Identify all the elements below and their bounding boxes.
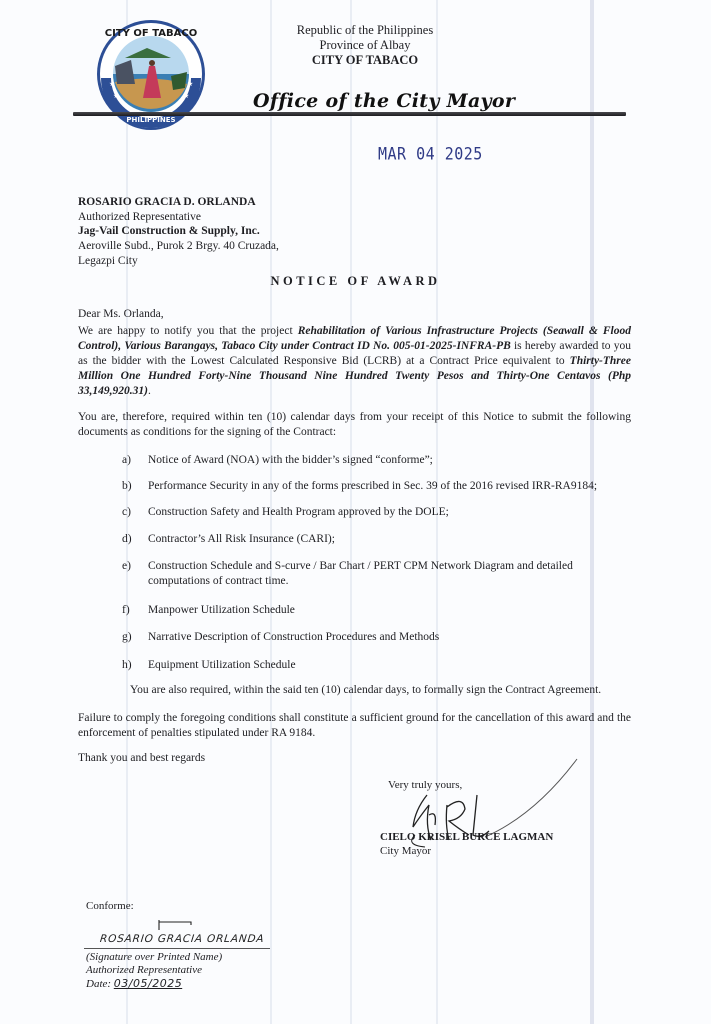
requirement-text: Narrative Description of Construction Pr… <box>148 630 622 645</box>
requirement-item: h)Equipment Utilization Schedule <box>122 658 622 673</box>
salutation: Dear Ms. Orlanda, <box>78 307 631 322</box>
date-value: 03/05/2025 <box>114 977 182 990</box>
recipient-address-line2: Legazpi City <box>78 254 138 269</box>
requirement-item: a)Notice of Award (NOA) with the bidder’… <box>122 453 622 468</box>
requirement-text: Contractor’s All Risk Insurance (CARI); <box>148 532 622 547</box>
award-paragraph: We are happy to notify you that the proj… <box>78 324 631 399</box>
signature-caption: (Signature over Printed Name) <box>86 951 222 964</box>
conforme-label: Conforme: <box>86 900 134 912</box>
svg-text:★: ★ <box>113 92 119 100</box>
requirement-text: Construction Safety and Health Program a… <box>148 505 622 520</box>
svg-text:★: ★ <box>187 80 193 88</box>
sign-contract-note: You are also required, within the said t… <box>130 683 650 698</box>
requirement-label: d) <box>122 532 148 547</box>
requirement-label: e) <box>122 559 148 589</box>
svg-text:★: ★ <box>183 92 189 100</box>
award-intro: We are happy to notify you that the proj… <box>78 325 298 337</box>
requirement-text: Manpower Utilization Schedule <box>148 603 622 618</box>
requirement-label: g) <box>122 630 148 645</box>
requirement-label: f) <box>122 603 148 618</box>
requirement-label: c) <box>122 505 148 520</box>
date-received-stamp: MAR 04 2025 <box>378 144 483 165</box>
requirement-item: g)Narrative Description of Construction … <box>122 630 622 645</box>
conforme-date: Date: 03/05/2025 <box>86 977 182 991</box>
office-title: Office of the City Mayor <box>253 90 515 112</box>
requirement-label: h) <box>122 658 148 673</box>
requirement-item: c)Construction Safety and Health Program… <box>122 505 622 520</box>
requirement-item: d)Contractor’s All Risk Insurance (CARI)… <box>122 532 622 547</box>
mayor-title: City Mayor <box>380 845 431 857</box>
mayor-name: CIELO KRISEL BURCE LAGMAN <box>380 831 553 843</box>
requirement-item: e)Construction Schedule and S-curve / Ba… <box>122 559 622 589</box>
award-end: . <box>148 385 151 397</box>
conforme-role: Authorized Representative <box>86 964 202 977</box>
conforme-handwritten-name: ROSARIO GRACIA ORLANDA <box>99 933 265 945</box>
recipient-company: Jag-Vail Construction & Supply, Inc. <box>78 224 260 239</box>
recipient-title: Authorized Representative <box>78 210 201 225</box>
requirement-text: Equipment Utilization Schedule <box>148 658 622 673</box>
requirement-label: b) <box>122 479 148 494</box>
svg-text:★: ★ <box>109 80 115 88</box>
requirement-label: a) <box>122 453 148 468</box>
failure-paragraph: Failure to comply the foregoing conditio… <box>78 711 631 741</box>
conforme-initial-mark-icon <box>155 918 195 932</box>
recipient-address-line1: Aeroville Subd., Purok 2 Brgy. 40 Cruzad… <box>78 239 279 254</box>
requirement-text: Performance Security in any of the forms… <box>148 479 622 494</box>
notice-title: NOTICE OF AWARD <box>0 274 711 289</box>
requirements-intro: You are, therefore, required within ten … <box>78 410 631 440</box>
header-divider <box>73 112 626 116</box>
svg-text:PHILIPPINES: PHILIPPINES <box>126 116 175 124</box>
requirement-text: Notice of Award (NOA) with the bidder’s … <box>148 453 622 468</box>
requirement-item: b)Performance Security in any of the for… <box>122 479 622 494</box>
requirement-item: f)Manpower Utilization Schedule <box>122 603 622 618</box>
requirement-text: Construction Schedule and S-curve / Bar … <box>148 559 622 589</box>
header-city: CITY OF TABACO <box>240 53 490 68</box>
header-province: Province of Albay <box>240 38 490 53</box>
date-label: Date: <box>86 978 114 990</box>
recipient-name: ROSARIO GRACIA D. ORLANDA <box>78 195 256 210</box>
header-republic: Republic of the Philippines <box>240 23 490 38</box>
signature-line <box>84 948 270 949</box>
svg-text:CITY OF TABACO: CITY OF TABACO <box>105 28 197 39</box>
